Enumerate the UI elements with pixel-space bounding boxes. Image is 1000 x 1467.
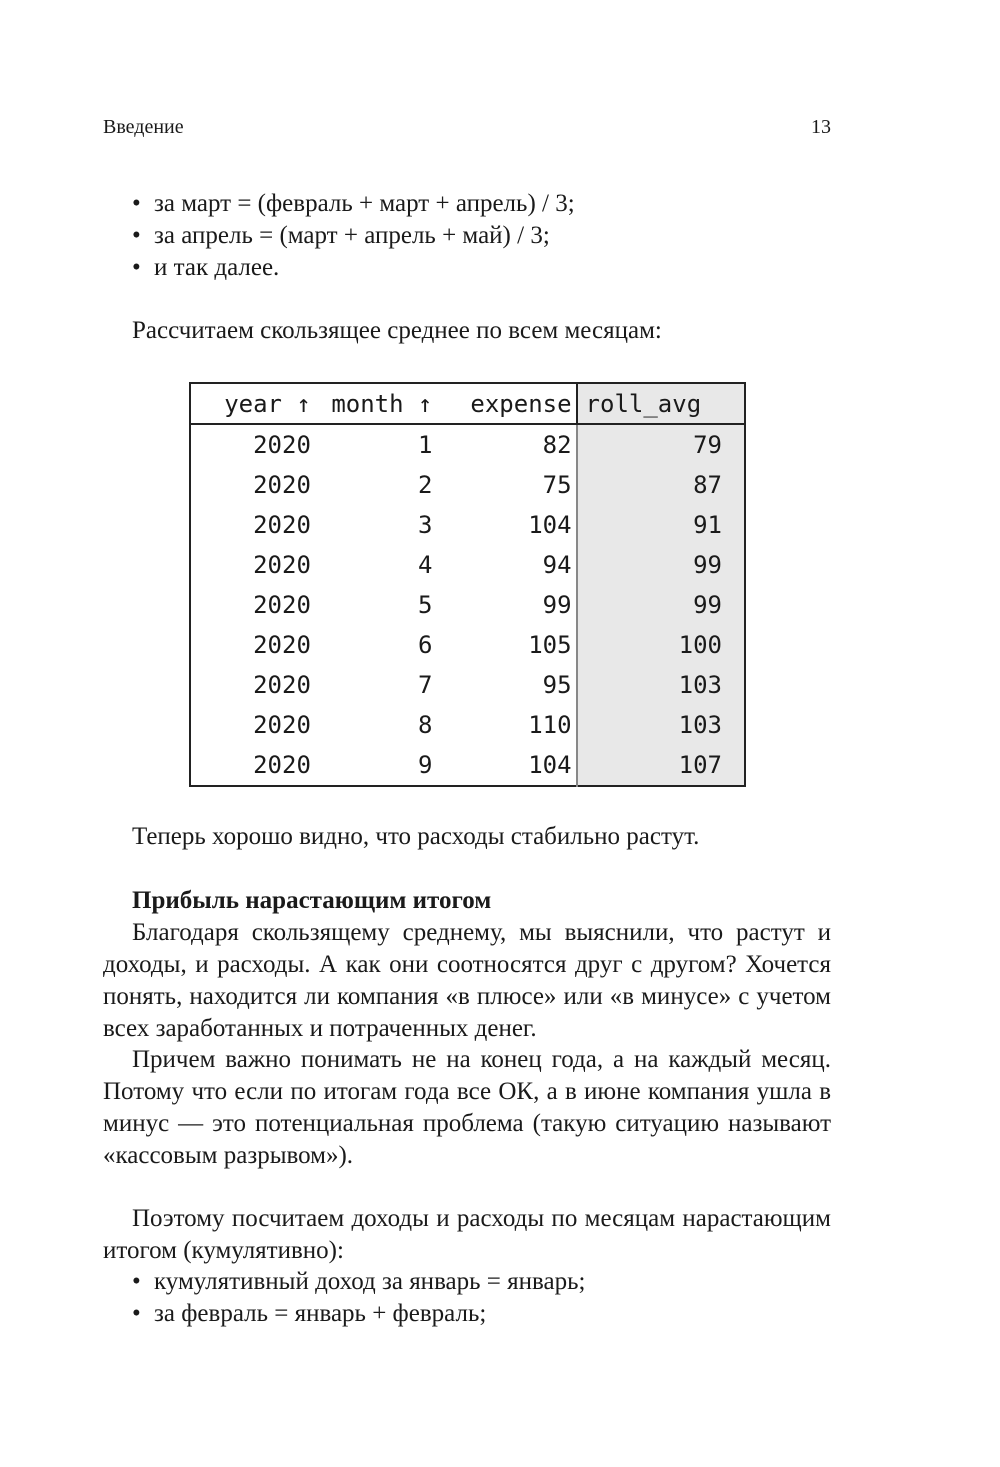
cell-year: 2020: [190, 545, 311, 585]
cell-roll-avg: 99: [577, 585, 745, 625]
section-heading: Прибыль нарастающим итогом: [132, 885, 491, 917]
cell-month: 5: [311, 585, 433, 625]
bullet-list-top: • за март = (февраль + март + апрель) / …: [132, 188, 832, 284]
cell-roll-avg: 107: [577, 745, 745, 786]
cell-month: 3: [311, 505, 433, 545]
list-item: • кумулятивный доход за январь = январь;: [132, 1266, 832, 1298]
cell-roll-avg: 91: [577, 505, 745, 545]
cell-expense: 105: [432, 625, 576, 665]
cell-roll-avg: 103: [577, 665, 745, 705]
table-row: 202049499: [190, 545, 745, 585]
cell-month: 4: [311, 545, 433, 585]
list-item: • и так далее.: [132, 252, 832, 284]
table-row: 20206105100: [190, 625, 745, 665]
cell-roll-avg: 87: [577, 465, 745, 505]
paragraph-2: Причем важно понимать не на конец года, …: [103, 1044, 831, 1172]
list-item: • за апрель = (март + апрель + май) / 3;: [132, 220, 832, 252]
list-item: • за февраль = январь + февраль;: [132, 1298, 832, 1330]
table-body: 2020182792020275872020310491202049499202…: [190, 424, 745, 786]
page-number: 13: [811, 116, 831, 139]
cell-year: 2020: [190, 585, 311, 625]
table-row: 20209104107: [190, 745, 745, 786]
rolling-average-table: year ↑ month ↑ expense roll_avg 20201827…: [189, 382, 746, 787]
cell-month: 6: [311, 625, 433, 665]
cell-year: 2020: [190, 505, 311, 545]
cell-roll-avg: 103: [577, 705, 745, 745]
bullet-icon: •: [132, 220, 154, 252]
table-row: 20208110103: [190, 705, 745, 745]
section-title: Введение: [103, 116, 184, 139]
cell-year: 2020: [190, 625, 311, 665]
cell-expense: 99: [432, 585, 576, 625]
bullet-icon: •: [132, 252, 154, 284]
column-header-month: month ↑: [311, 383, 433, 424]
bullet-icon: •: [132, 1298, 154, 1330]
table-row: 202018279: [190, 424, 745, 465]
cell-year: 2020: [190, 424, 311, 465]
cell-month: 7: [311, 665, 433, 705]
table-row: 2020310491: [190, 505, 745, 545]
column-header-year: year ↑: [190, 383, 311, 424]
bullet-list-bottom: • кумулятивный доход за январь = январь;…: [132, 1266, 832, 1330]
running-head: Введение 13: [103, 116, 831, 139]
table-row: 2020795103: [190, 665, 745, 705]
cell-expense: 95: [432, 665, 576, 705]
cell-expense: 110: [432, 705, 576, 745]
cell-expense: 104: [432, 745, 576, 786]
cell-month: 8: [311, 705, 433, 745]
table-header-row: year ↑ month ↑ expense roll_avg: [190, 383, 745, 424]
cell-roll-avg: 100: [577, 625, 745, 665]
conclusion-text: Теперь хорошо видно, что расходы стабиль…: [132, 821, 832, 853]
list-item: • за март = (февраль + март + апрель) / …: [132, 188, 832, 220]
intro-line: Рассчитаем скользящее среднее по всем ме…: [132, 315, 832, 347]
cell-year: 2020: [190, 465, 311, 505]
cell-year: 2020: [190, 705, 311, 745]
cell-month: 9: [311, 745, 433, 786]
cell-year: 2020: [190, 745, 311, 786]
cell-year: 2020: [190, 665, 311, 705]
paragraph-1: Благодаря скользящему среднему, мы выясн…: [103, 917, 831, 1045]
table-row: 202059999: [190, 585, 745, 625]
cell-expense: 94: [432, 545, 576, 585]
cell-month: 1: [311, 424, 433, 465]
cell-month: 2: [311, 465, 433, 505]
bullet-icon: •: [132, 188, 154, 220]
column-header-roll-avg: roll_avg: [577, 383, 745, 424]
cell-expense: 104: [432, 505, 576, 545]
cell-expense: 82: [432, 424, 576, 465]
cell-roll-avg: 79: [577, 424, 745, 465]
column-header-expense: expense: [432, 383, 576, 424]
bullet-icon: •: [132, 1266, 154, 1298]
cell-roll-avg: 99: [577, 545, 745, 585]
paragraph-3: Поэтому посчитаем доходы и расходы по ме…: [103, 1203, 831, 1267]
table-row: 202027587: [190, 465, 745, 505]
cell-expense: 75: [432, 465, 576, 505]
